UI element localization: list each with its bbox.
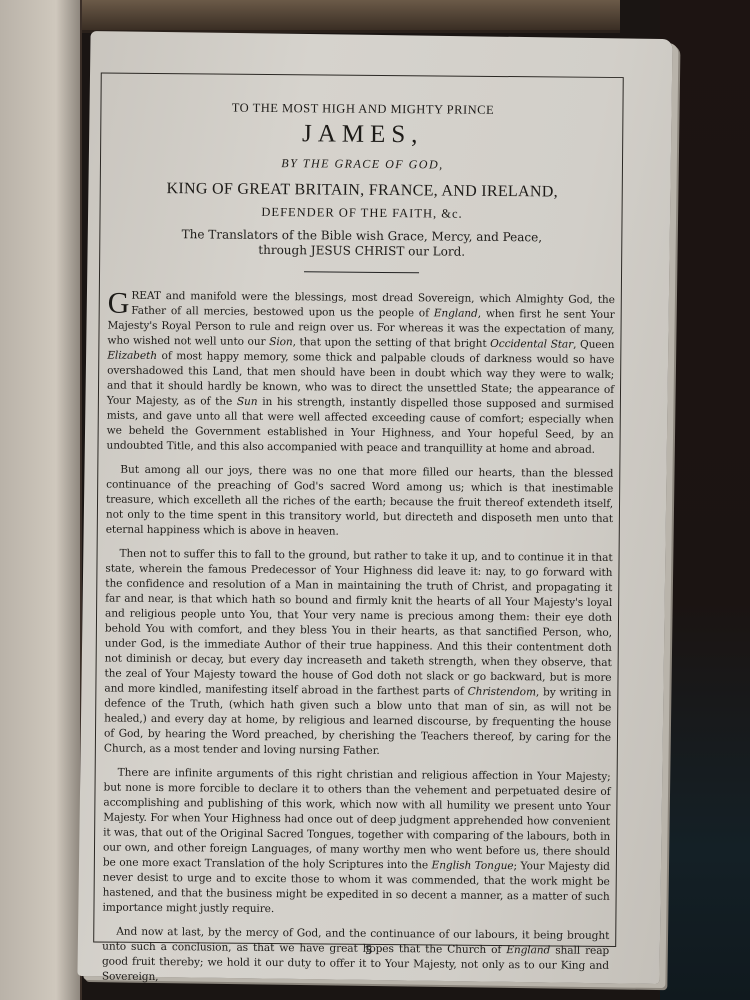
book-behind <box>60 0 620 33</box>
body-text: GREAT and manifold were the blessings, m… <box>102 289 615 989</box>
dedication-line-1: TO THE MOST HIGH AND MIGHTY PRINCE <box>109 100 616 119</box>
paragraph-2: But among all our joys, there was no one… <box>106 463 614 542</box>
background-surface <box>660 0 750 1000</box>
greeting: The Translators of the Bible wish Grace,… <box>108 227 615 261</box>
paragraph-4: There are infinite arguments of this rig… <box>102 766 610 920</box>
paragraph-3: Then not to suffer this to fall to the g… <box>104 547 613 761</box>
dedication-line-4: KING OF GREAT BRITAIN, FRANCE, AND IRELA… <box>109 180 616 202</box>
book-page: TO THE MOST HIGH AND MIGHTY PRINCE JAMES… <box>77 31 672 984</box>
left-page-edge <box>0 0 82 1000</box>
drop-cap: G <box>108 291 130 317</box>
dedication-line-5: DEFENDER OF THE FAITH, &c. <box>108 204 615 223</box>
paragraph-1: GREAT and manifold were the blessings, m… <box>106 289 614 458</box>
dedication-name: JAMES, <box>109 119 616 151</box>
page-frame: TO THE MOST HIGH AND MIGHTY PRINCE JAMES… <box>93 73 624 948</box>
divider-rule <box>304 271 419 273</box>
dedication-line-3: BY THE GRACE OF GOD, <box>109 155 616 174</box>
